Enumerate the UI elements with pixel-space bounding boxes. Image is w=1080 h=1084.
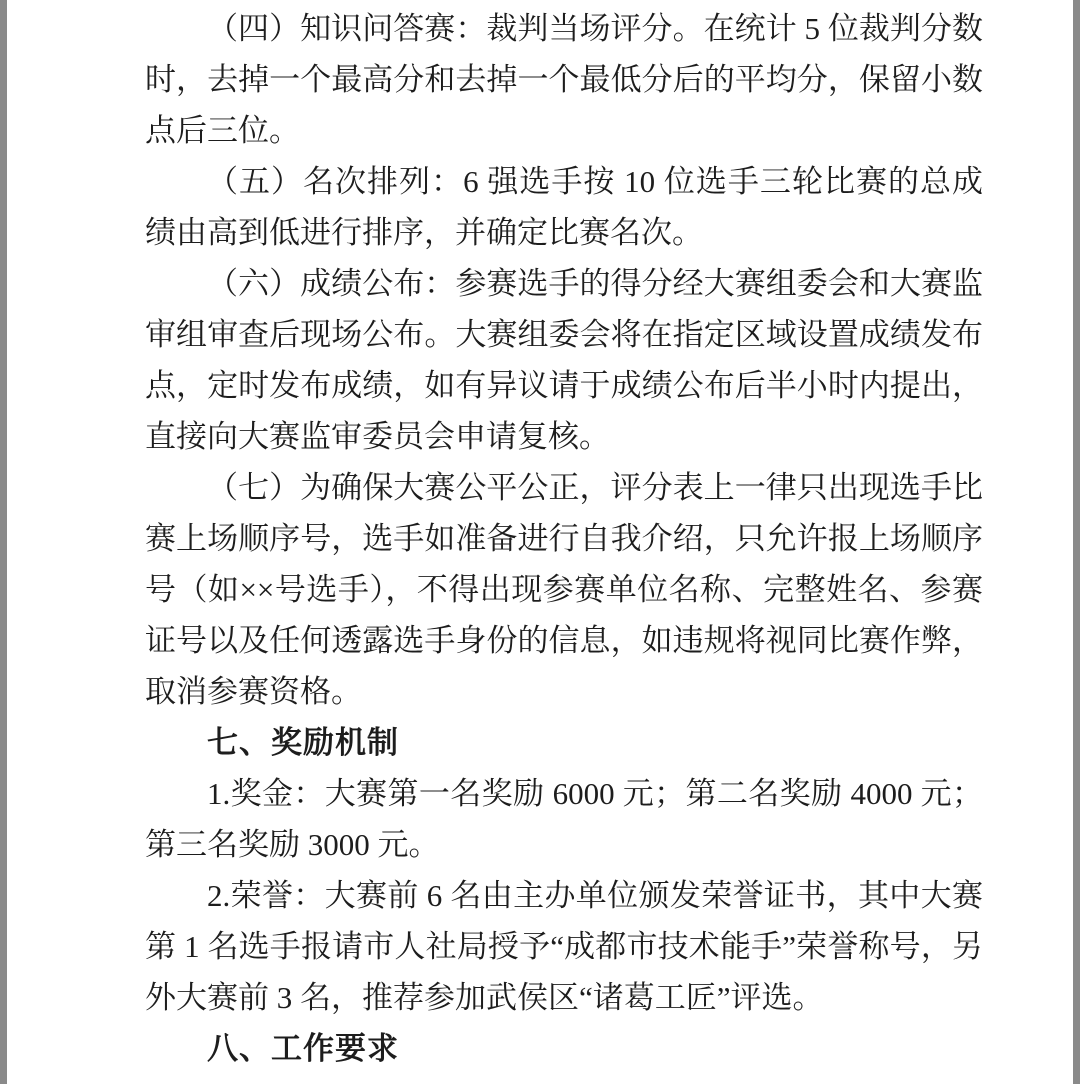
para-prize-money: 1.奖金：大赛第一名奖励 6000 元；第二名奖励 4000 元；第三名奖励 3…	[145, 768, 983, 870]
document-viewer: （四）知识问答赛：裁判当场评分。在统计 5 位裁判分数时，去掉一个最高分和去掉一…	[0, 0, 1080, 1084]
page-edge-right	[1073, 0, 1080, 1084]
document-page: （四）知识问答赛：裁判当场评分。在统计 5 位裁判分数时，去掉一个最高分和去掉一…	[7, 0, 1073, 1084]
para-fairness-anonymity: （七）为确保大赛公平公正，评分表上一律只出现选手比赛上场顺序号，选手如准备进行自…	[145, 462, 983, 717]
heading-work-requirements: 八、工作要求	[145, 1023, 983, 1074]
para-ranking-order: （五）名次排列：6 强选手按 10 位选手三轮比赛的总成绩由高到低进行排序，并确…	[145, 156, 983, 258]
para-knowledge-quiz-scoring: （四）知识问答赛：裁判当场评分。在统计 5 位裁判分数时，去掉一个最高分和去掉一…	[145, 3, 983, 156]
para-honors: 2.荣誉：大赛前 6 名由主办单位颁发荣誉证书，其中大赛第 1 名选手报请市人社…	[145, 870, 983, 1023]
heading-reward-mechanism: 七、奖励机制	[145, 717, 983, 768]
page-edge-left	[0, 0, 7, 1084]
para-results-announcement: （六）成绩公布：参赛选手的得分经大赛组委会和大赛监审组审查后现场公布。大赛组委会…	[145, 258, 983, 462]
